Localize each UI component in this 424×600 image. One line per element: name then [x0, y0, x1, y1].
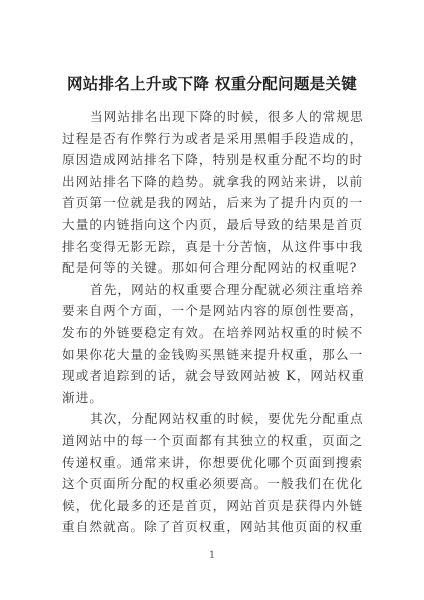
text-line: 候，优化最多的还是首页，网站首页是获得内外链最多的页面，权	[62, 495, 363, 517]
text-line: 这个页面所分配的权重必须要高。一般我们在优化企业网站的时	[62, 473, 363, 495]
document-body: 当网站排名出现下降的时候，很多人的常规思想就是网站优化过程是否有作弊行为或者是采…	[62, 106, 363, 538]
text-line: 首页第一位就是我的网站，后来为了提升内页的一个关键词，就做	[62, 192, 363, 214]
text-line: 渐进。	[62, 387, 363, 409]
text-line: 排名变得无影无踪，真是十分苦恼，从这件事中我才明白到权重分	[62, 236, 363, 258]
text-line: 当网站排名出现下降的时候，很多人的常规思想就是网站优化	[62, 106, 363, 128]
text-line: 如果你花大量的金钱购买黑链来提升权重，那么一旦被搜索引擎发	[62, 344, 363, 366]
text-line: 道网站中的每一个页面都有其独立的权重，页面之间也是可以相互	[62, 430, 363, 452]
text-line: 要来自两个方面，一个是网站内容的原创性要高，另一个就是网站	[62, 300, 363, 322]
text-line: 发布的外链要稳定有效。在培养网站权重的时候不能太操之过急，	[62, 322, 363, 344]
text-line: 大量的内链指向这个内页，最后导致的结果是首页被降权了，而且	[62, 214, 363, 236]
text-line: 传递权重。通常来讲，你想要优化哪个页面到搜索引擎首页，那么	[62, 452, 363, 474]
text-line: 现或者追踪到的话，就会导致网站被 K，网站权重培养还是要循序	[62, 365, 363, 387]
text-line: 重自然就高。除了首页权重，网站其他页面的权重要合理分配，比	[62, 516, 363, 538]
text-line: 首先，网站的权重要合理分配就必须注重培养，权重的培养主	[62, 279, 363, 301]
text-line: 过程是否有作弊行为或者是采用黑帽手段造成的，事实上还有很多	[62, 128, 363, 150]
document-page: 网站排名上升或下降 权重分配问题是关键 当网站排名出现下降的时候，很多人的常规思…	[0, 0, 424, 600]
document-title: 网站排名上升或下降 权重分配问题是关键	[0, 72, 424, 94]
text-line: 出网站排名下降的趋势。就拿我的网站来讲，以前只要搜索关键词	[62, 171, 363, 193]
text-line: 原因造成网站排名下降，特别是权重分配不均的时候更加能够体现	[62, 149, 363, 171]
page-number: 1	[0, 550, 424, 561]
text-line: 其次，分配网站权重的时候，要优先分配重点页面。我们都知	[62, 408, 363, 430]
text-line: 配是何等的关键。那如何合理分配网站的权重呢?	[62, 257, 363, 279]
